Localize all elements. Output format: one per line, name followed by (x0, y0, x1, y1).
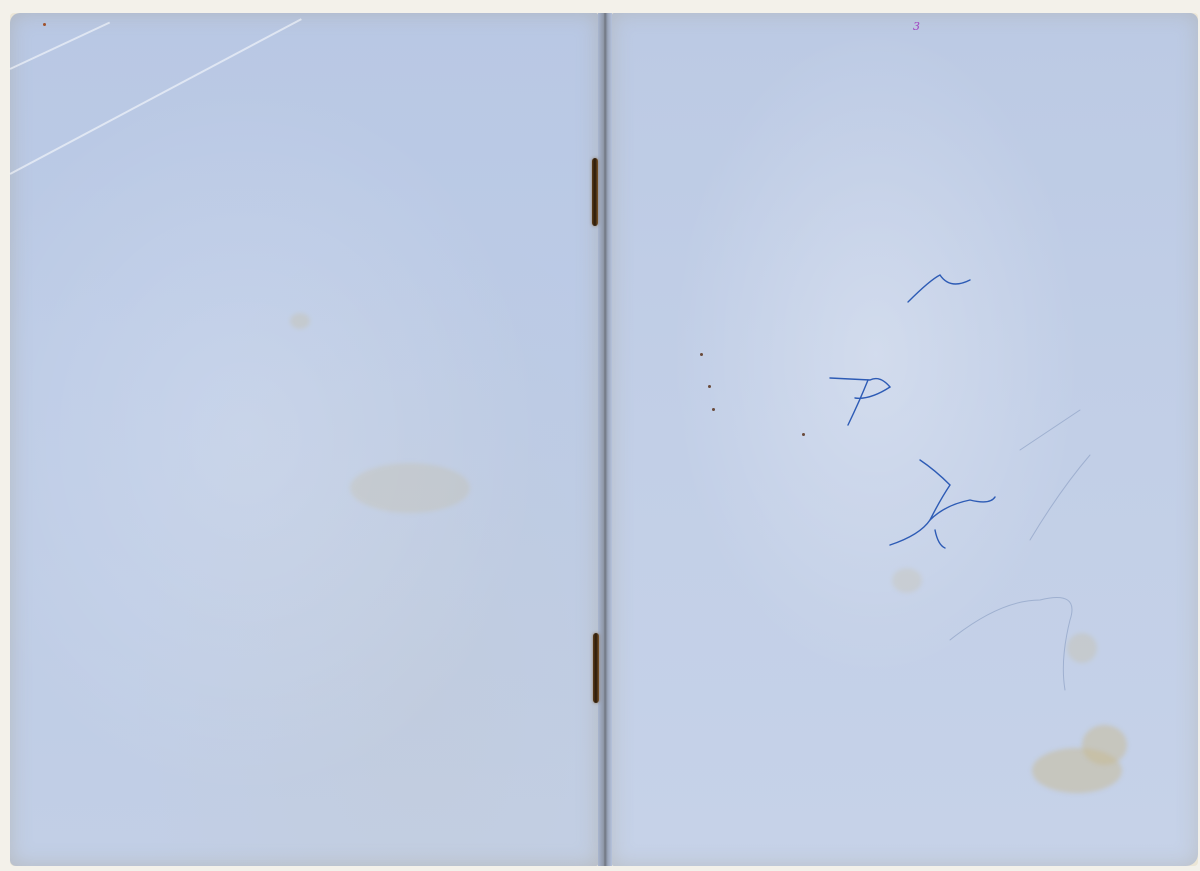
scan-background: 3 (0, 0, 1200, 871)
handwriting-scribble (820, 260, 1150, 710)
stain (290, 313, 310, 329)
speck (700, 353, 703, 356)
spine (598, 13, 612, 866)
crease (10, 18, 302, 175)
speck (708, 385, 711, 388)
staple-top (592, 158, 598, 226)
speck (802, 433, 805, 436)
speck (43, 23, 46, 26)
water-stain (1082, 725, 1127, 765)
page-number: 3 (913, 20, 920, 33)
staple-bottom (593, 633, 599, 703)
crease (10, 22, 111, 70)
speck (712, 408, 715, 411)
stain (350, 463, 470, 513)
left-page (10, 13, 598, 866)
